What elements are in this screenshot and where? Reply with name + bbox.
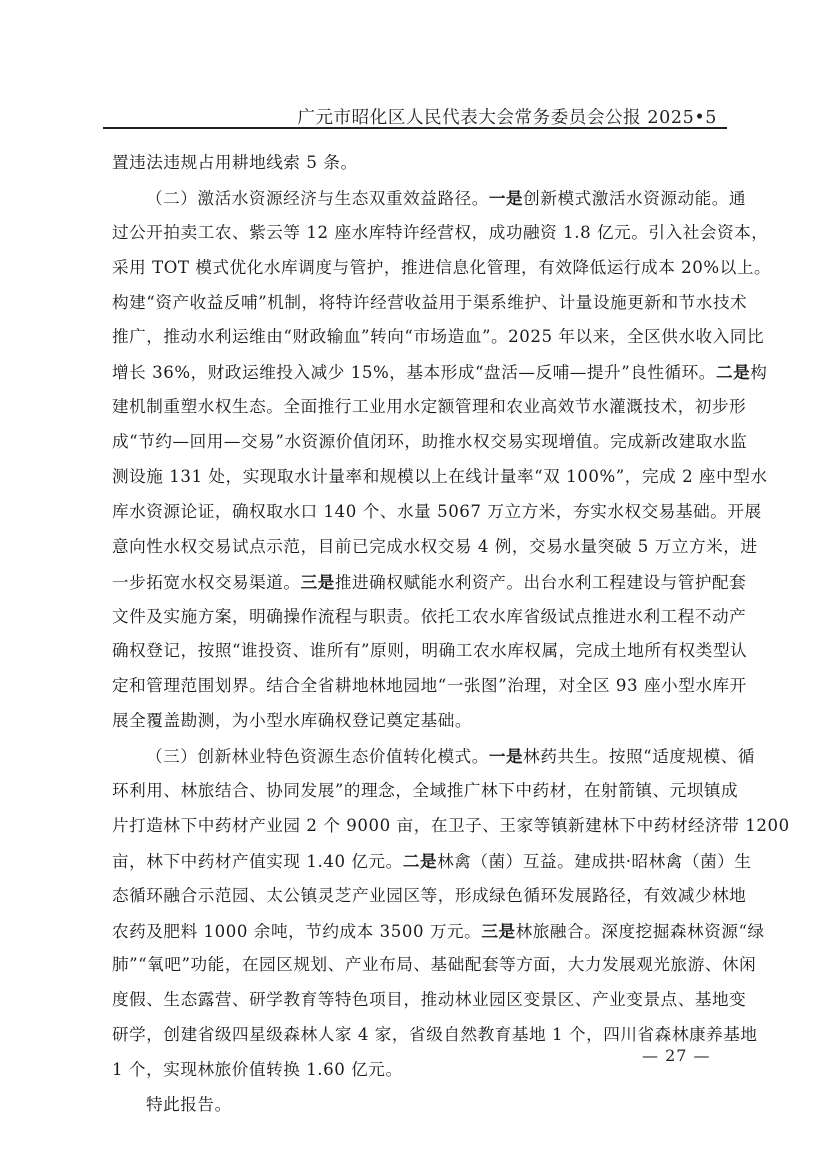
text-run: 亩，林下中药材产值实现 1.40 亿元。 — [112, 852, 403, 871]
text-run: 一步拓宽水权交易渠道。 — [112, 573, 301, 592]
text-run: 环利用、林旅结合、协同发展”的理念，全域推广林下中药材，在射箭镇、元坝镇成 — [112, 781, 738, 800]
text-line: 文件及实施方案，明确操作流程与职责。依托工农水库省级试点推进水利工程不动产 — [112, 600, 720, 635]
text-line: （三）创新林业特色资源生态价值转化模式。一是林药共生。按照“适度规模、循 — [112, 739, 720, 774]
text-line: 确权登记，按照“谁投资、谁所有”原则，明确工农水库权属，完成土地所有权类型认 — [112, 634, 720, 669]
paragraph: 特此报告。 — [112, 1088, 720, 1123]
text-run: 1 个，实现林旅价值转换 1.60 亿元。 — [112, 1060, 403, 1079]
text-run: 林旅融合。深度挖掘森林资源“绿 — [516, 922, 765, 941]
text-run: 库水资源论证，确权取水口 140 个、水量 5067 万立方米，夯实水权交易基础… — [112, 502, 762, 521]
text-run: 展全覆盖勘测，为小型水库确权登记奠定基础。 — [112, 711, 472, 730]
text-run: 采用 TOT 模式优化水库调度与管护，推进信息化管理，有效降低运行成本 20%以… — [112, 258, 771, 277]
paragraph: （二）激活水资源经济与生态双重效益路径。一是创新模式激活水资源动能。通过公开拍卖… — [112, 181, 720, 739]
text-run: 增长 36%，财政运维投入减少 15%，基本形成“盘活—反哺—提升”良性循环。 — [112, 363, 716, 382]
text-line: 1 个，实现林旅价值转换 1.60 亿元。 — [112, 1053, 720, 1088]
emphasis-label: 三是 — [301, 572, 335, 592]
emphasis-label: 二是 — [403, 851, 437, 871]
text-line: 特此报告。 — [112, 1088, 720, 1123]
text-line: （二）激活水资源经济与生态双重效益路径。一是创新模式激活水资源动能。通 — [112, 181, 720, 216]
text-run: 创新模式激活水资源动能。通 — [523, 189, 746, 208]
text-line: 置违法违规占用耕地线索 5 条。 — [112, 146, 720, 181]
text-run: 推进确权赋能水利资产。出台水利工程建设与管护配套 — [335, 573, 746, 592]
text-line: 片打造林下中药材产业园 2 个 9000 亩，在卫子、王家等镇新建林下中药材经济… — [112, 809, 720, 844]
text-run: 片打造林下中药材产业园 2 个 9000 亩，在卫子、王家等镇新建林下中药材经济… — [112, 816, 790, 835]
text-line: 环利用、林旅结合、协同发展”的理念，全域推广林下中药材，在射箭镇、元坝镇成 — [112, 774, 720, 809]
text-line: 态循环融合示范园、太公镇灵芝产业园区等，形成绿色循环发展路径，有效减少林地 — [112, 879, 720, 914]
text-line: 构建“资产收益反哺”机制，将特许经营收益用于渠系维护、计量设施更新和节水技术 — [112, 286, 720, 321]
text-run: 确权登记，按照“谁投资、谁所有”原则，明确工农水库权属，完成土地所有权类型认 — [112, 641, 747, 660]
text-line: 测设施 131 处，实现取水计量率和规模以上在线计量率“双 100%”，完成 2… — [112, 460, 720, 495]
text-run: 过公开拍卖工农、紫云等 12 座水库特许经营权，成功融资 1.8 亿元。引入社会… — [112, 223, 768, 242]
text-run: 研学，创建省级四星级森林人家 4 家，省级自然教育基地 1 个，四川省森林康养基… — [112, 1025, 758, 1044]
text-line: 增长 36%，财政运维投入减少 15%，基本形成“盘活—反哺—提升”良性循环。二… — [112, 355, 720, 390]
paragraph: 置违法违规占用耕地线索 5 条。 — [112, 146, 720, 181]
text-line: 定和管理范围划界。结合全省耕地林地园地“一张图”治理，对全区 93 座小型水库开 — [112, 669, 720, 704]
text-line: 建机制重塑水权生态。全面推行工业用水定额管理和农业高效节水灌溉技术，初步形 — [112, 390, 720, 425]
text-line: 推广，推动水利运维由“财政输血”转向“市场造血”。2025 年以来，全区供水收入… — [112, 320, 720, 355]
text-line: 农药及肥料 1000 余吨，节约成本 3500 万元。三是林旅融合。深度挖掘森林… — [112, 914, 720, 949]
text-run: 置违法违规占用耕地线索 5 条。 — [112, 153, 358, 172]
text-line: 展全覆盖勘测，为小型水库确权登记奠定基础。 — [112, 704, 720, 739]
section-heading: （二）激活水资源经济与生态双重效益路径。 — [146, 189, 489, 208]
text-line: 肺”“氧吧”功能，在园区规划、产业布局、基础配套等方面，大力发展观光旅游、休闲 — [112, 948, 720, 983]
text-run: 态循环融合示范园、太公镇灵芝产业园区等，形成绿色循环发展路径，有效减少林地 — [112, 886, 746, 905]
emphasis-label: 二是 — [716, 362, 750, 382]
text-run: 测设施 131 处，实现取水计量率和规模以上在线计量率“双 100%”，完成 2… — [112, 467, 768, 486]
text-run: 度假、生态露营、研学教育等特色项目，推动林业园区变景区、产业变景点、基地变 — [112, 990, 746, 1009]
text-line: 一步拓宽水权交易渠道。三是推进确权赋能水利资产。出台水利工程建设与管护配套 — [112, 565, 720, 600]
text-line: 采用 TOT 模式优化水库调度与管护，推进信息化管理，有效降低运行成本 20%以… — [112, 251, 720, 286]
section-heading: （三）创新林业特色资源生态价值转化模式。 — [146, 747, 489, 766]
text-run: 构建“资产收益反哺”机制，将特许经营收益用于渠系维护、计量设施更新和节水技术 — [112, 293, 747, 312]
text-line: 意向性水权交易试点示范，目前已完成水权交易 4 例，交易水量突破 5 万立方米，… — [112, 530, 720, 565]
text-line: 亩，林下中药材产值实现 1.40 亿元。二是林禽（菌）互益。建成拱·昭林禽（菌）… — [112, 844, 720, 879]
header-divider — [103, 127, 727, 129]
text-run: 建机制重塑水权生态。全面推行工业用水定额管理和农业高效节水灌溉技术，初步形 — [112, 397, 746, 416]
text-line: 成“节约—回用—交易”水资源价值闭环，助推水权交易实现增值。完成新改建取水监 — [112, 425, 720, 460]
paragraph: （三）创新林业特色资源生态价值转化模式。一是林药共生。按照“适度规模、循环利用、… — [112, 739, 720, 1088]
text-run: 林禽（菌）互益。建成拱·昭林禽（菌）生 — [437, 852, 751, 871]
text-run: 文件及实施方案，明确操作流程与职责。依托工农水库省级试点推进水利工程不动产 — [112, 607, 746, 626]
emphasis-label: 一是 — [489, 746, 523, 766]
text-run: 构 — [750, 363, 767, 382]
document-body: 置违法违规占用耕地线索 5 条。（二）激活水资源经济与生态双重效益路径。一是创新… — [112, 146, 720, 1123]
text-run: 林药共生。按照“适度规模、循 — [523, 747, 755, 766]
text-run: 特此报告。 — [146, 1095, 232, 1114]
text-line: 度假、生态露营、研学教育等特色项目，推动林业园区变景区、产业变景点、基地变 — [112, 983, 720, 1018]
text-line: 研学，创建省级四星级森林人家 4 家，省级自然教育基地 1 个，四川省森林康养基… — [112, 1018, 720, 1053]
text-line: 库水资源论证，确权取水口 140 个、水量 5067 万立方米，夯实水权交易基础… — [112, 495, 720, 530]
emphasis-label: 一是 — [489, 188, 523, 208]
text-run: 肺”“氧吧”功能，在园区规划、产业布局、基础配套等方面，大力发展观光旅游、休闲 — [112, 955, 756, 974]
page-number: — 27 — — [642, 1046, 711, 1065]
bulletin-header-title: 广元市昭化区人民代表大会常务委员会公报 2025•5 — [297, 104, 717, 129]
text-run: 成“节约—回用—交易”水资源价值闭环，助推水权交易实现增值。完成新改建取水监 — [112, 432, 747, 451]
text-run: 意向性水权交易试点示范，目前已完成水权交易 4 例，交易水量突破 5 万立方米，… — [112, 537, 758, 556]
emphasis-label: 三是 — [481, 921, 515, 941]
text-line: 过公开拍卖工农、紫云等 12 座水库特许经营权，成功融资 1.8 亿元。引入社会… — [112, 216, 720, 251]
text-run: 推广，推动水利运维由“财政输血”转向“市场造血”。2025 年以来，全区供水收入… — [112, 327, 764, 346]
text-run: 定和管理范围划界。结合全省耕地林地园地“一张图”治理，对全区 93 座小型水库开 — [112, 676, 747, 695]
text-run: 农药及肥料 1000 余吨，节约成本 3500 万元。 — [112, 922, 481, 941]
